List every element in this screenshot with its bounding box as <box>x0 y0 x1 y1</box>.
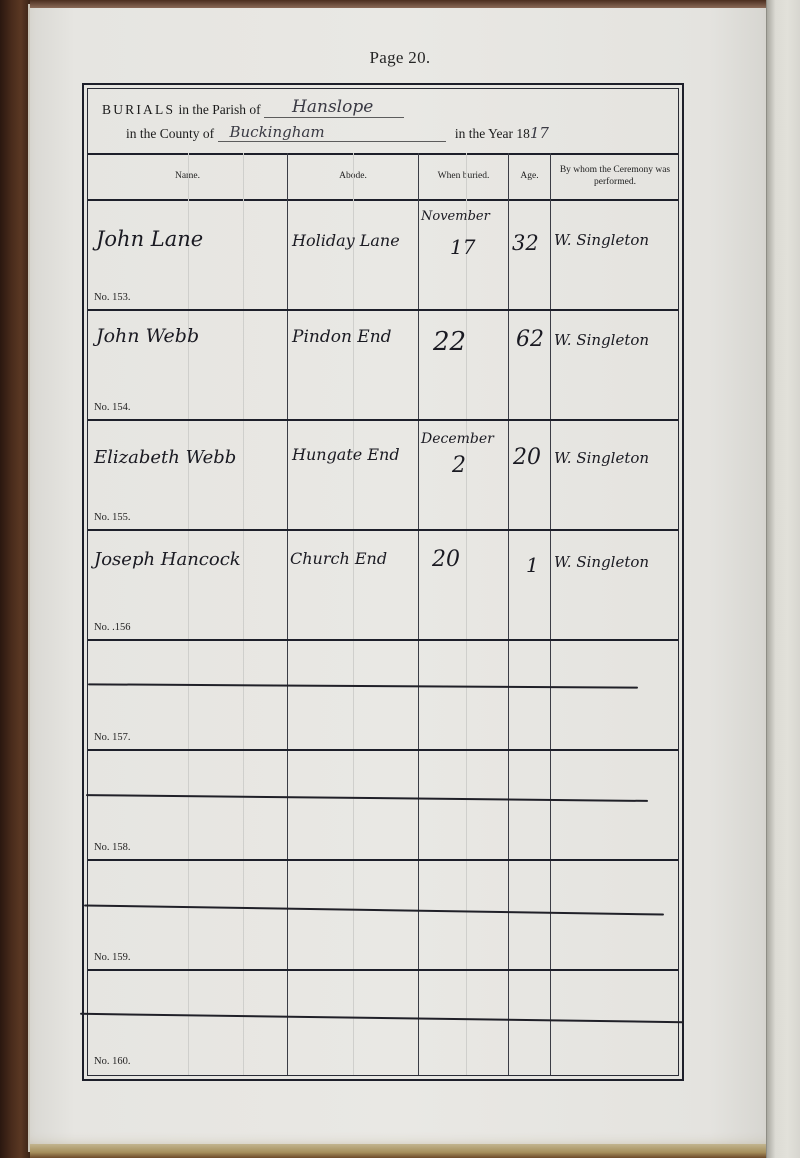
table-row: No. 160. <box>88 969 678 1073</box>
page-top-edge <box>30 0 770 8</box>
year-handwritten: 17 <box>530 124 549 142</box>
heading-parish-label: in the Parish of <box>179 102 261 117</box>
table-row: Elizabeth Webb Hungate End December 2 20… <box>88 419 678 531</box>
strike-through-line <box>84 904 664 915</box>
table-row: No. 159. <box>88 859 678 971</box>
heading-burials: BURIALS <box>102 102 175 117</box>
wood-surface-left <box>0 0 30 1158</box>
heading-line-county: in the County of Buckingham in the Year … <box>126 125 552 142</box>
entry-abode: Holiday Lane <box>292 231 400 250</box>
entry-burial-day: 17 <box>450 235 475 259</box>
county-field: Buckingham <box>218 125 446 142</box>
entry-age: 1 <box>526 553 539 577</box>
heading-county-label: in the County of <box>126 126 214 141</box>
entry-burial-day: 20 <box>432 547 460 572</box>
table-row: Joseph Hancock Church End 20 1 W. Single… <box>88 529 678 641</box>
entry-officiant: W. Singleton <box>554 331 649 349</box>
entry-age: 62 <box>516 327 544 352</box>
entry-number: No. 154. <box>94 402 130 413</box>
table-row: John Webb Pindon End 22 62 W. Singleton … <box>88 309 678 421</box>
entry-number: No. 160. <box>94 1056 130 1067</box>
table-row: No. 158. <box>88 749 678 861</box>
entry-number: No. 158. <box>94 842 130 853</box>
register-heading: BURIALS in the Parish of Hanslope in the… <box>88 89 678 155</box>
entry-name: Joseph Hancock <box>94 549 241 570</box>
entry-age: 32 <box>512 231 539 255</box>
adjacent-page-edge <box>766 0 800 1158</box>
register-inner-frame: BURIALS in the Parish of Hanslope in the… <box>87 88 679 1076</box>
entry-abode: Hungate End <box>292 445 400 464</box>
column-header-when-buried: When buried. <box>419 153 508 199</box>
entry-officiant: W. Singleton <box>554 449 649 467</box>
column-header-age: Age. <box>509 153 550 199</box>
table-row: No. 157. <box>88 639 678 751</box>
entry-abode: Pindon End <box>292 327 392 347</box>
entry-burial-day: 2 <box>452 453 466 478</box>
register-body: John Lane Holiday Lane November 17 32 W.… <box>88 199 678 1075</box>
page-bottom-edge <box>30 1144 770 1158</box>
entry-name: John Webb <box>96 325 199 347</box>
parish-value: Hanslope <box>292 97 373 117</box>
entry-officiant: W. Singleton <box>554 231 649 249</box>
year-field: 17 <box>530 126 552 142</box>
year-printed: 18 <box>516 126 530 141</box>
strike-through-line <box>88 683 638 688</box>
entry-number: No. 153. <box>94 292 130 303</box>
entry-name: Elizabeth Webb <box>94 447 236 468</box>
strike-through-line <box>80 1013 684 1023</box>
parish-field: Hanslope <box>264 101 404 118</box>
entry-burial-month: November <box>421 209 490 224</box>
table-row: John Lane Holiday Lane November 17 32 W.… <box>88 199 678 311</box>
burial-register-table: BURIALS in the Parish of Hanslope in the… <box>82 83 684 1081</box>
county-value: Buckingham <box>230 123 325 141</box>
entry-officiant: W. Singleton <box>554 553 649 571</box>
strike-through-line <box>86 794 648 802</box>
entry-name: John Lane <box>96 227 203 251</box>
entry-burial-month: December <box>421 431 494 447</box>
entry-number: No. 155. <box>94 512 130 523</box>
entry-age: 20 <box>513 445 541 470</box>
entry-number: No. 159. <box>94 952 130 963</box>
column-header-row: Name. Abode. When buried. Age. By whom t… <box>88 153 678 201</box>
entry-burial-day: 22 <box>433 327 466 357</box>
entry-number: No. .156 <box>94 622 130 633</box>
entry-number: No. 157. <box>94 732 130 743</box>
column-header-officiant: By whom the Ceremony was performed. <box>551 153 679 199</box>
heading-year-label: in the Year <box>455 126 513 141</box>
entry-abode: Church End <box>290 549 387 568</box>
heading-line-parish: BURIALS in the Parish of Hanslope <box>102 101 404 118</box>
page-number: Page 20. <box>0 48 800 68</box>
